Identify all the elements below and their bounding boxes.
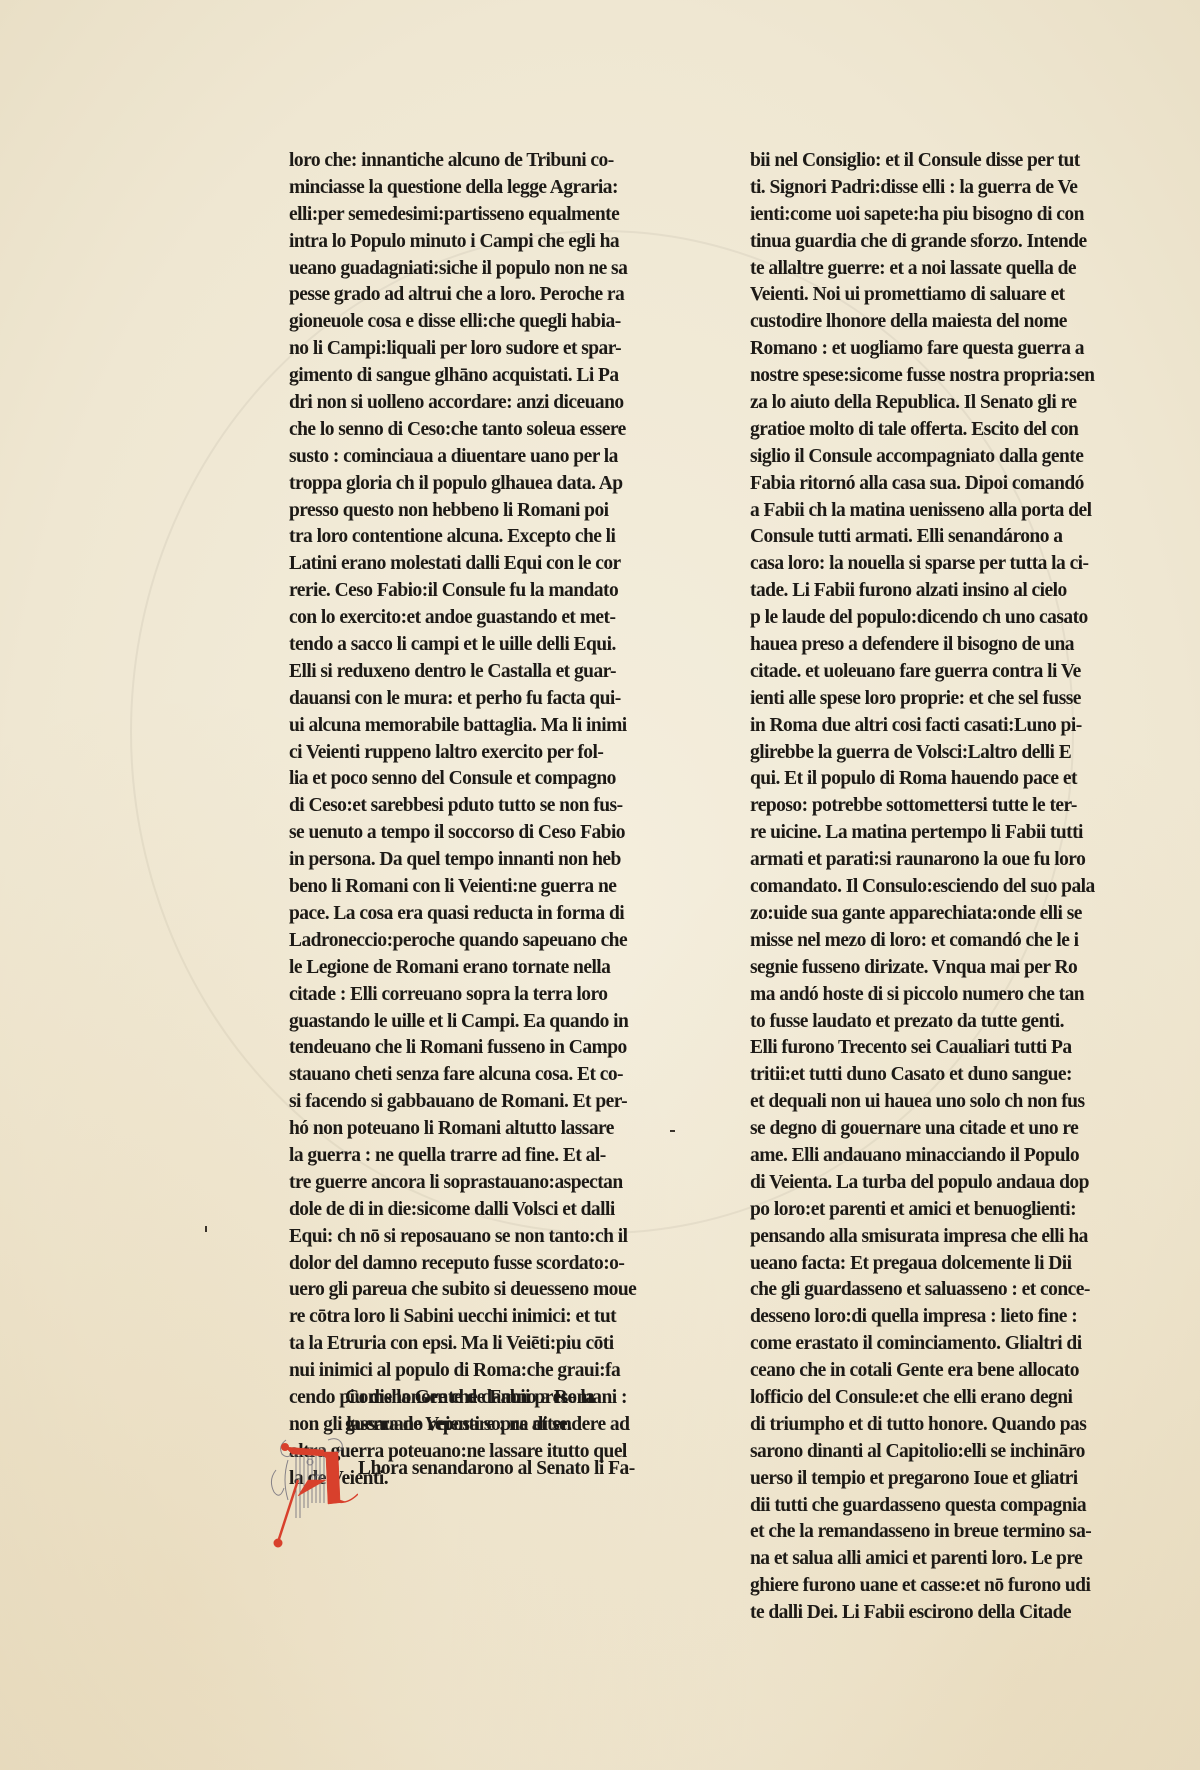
text-line: sarono dinanti al Capitolio:elli se inch…	[750, 1439, 1118, 1466]
text-line: te dalli Dei. Li Fabii escirono della Ci…	[750, 1600, 1118, 1627]
text-line: Elli furono Trecento sei Caualiari tutti…	[750, 1035, 1118, 1062]
text-line: tendo a sacco li campi et le uille delli…	[289, 632, 651, 659]
text-line: minciasse la questione della legge Agrar…	[289, 175, 651, 202]
section-heading-line: Come la Gente de Fabii prese la	[345, 1384, 595, 1411]
text-line: ienti alle spese loro proprie: et che se…	[750, 686, 1118, 713]
text-line: ame. Elli andauano minacciando il Populo	[750, 1143, 1118, 1170]
text-line: ma andó hoste di si piccolo numero che t…	[750, 982, 1118, 1009]
text-line: lia et poco senno del Consule et compagn…	[289, 766, 651, 793]
text-line: glirebbe la guerra de Volsci:Laltro dell…	[750, 740, 1118, 767]
text-line: no li Campi:liquali per loro sudore et s…	[289, 336, 651, 363]
text-line: ti. Signori Padri:disse elli : la guerra…	[750, 175, 1118, 202]
text-line: se uenuto a tempo il soccorso di Ceso Fa…	[289, 820, 651, 847]
text-line: pesse grado ad altrui che a loro. Peroch…	[289, 282, 651, 309]
text-line: elli:per semedesimi:partisseno equalment…	[289, 202, 651, 229]
text-line: casa loro: la nouella si sparse per tutt…	[750, 551, 1118, 578]
text-line: ceano che in cotali Gente era bene alloc…	[750, 1358, 1118, 1385]
text-line: bii nel Consiglio: et il Consule disse p…	[750, 148, 1118, 175]
section-heading-line: guerra de Veienti sopra di se.	[345, 1411, 595, 1438]
text-line: desseno loro:di quella impresa : lieto f…	[750, 1304, 1118, 1331]
text-line: to fusse laudato et prezato da tutte gen…	[750, 1009, 1118, 1036]
text-line: nostre spese:sicome fusse nostra propria…	[750, 363, 1118, 390]
text-line: reposo: potrebbe sottomettersi tutte le …	[750, 793, 1118, 820]
text-line: citade : Elli correuano sopra la terra l…	[289, 982, 651, 1009]
text-line: Equi: ch nō si reposauano se non tanto:c…	[289, 1224, 651, 1251]
text-line: re cōtra loro li Sabini uecchi inimici: …	[289, 1304, 651, 1331]
text-line: come erastato il cominciamento. Glialtri…	[750, 1331, 1118, 1358]
text-line: ienti:come uoi sapete:ha piu bisogno di …	[750, 202, 1118, 229]
text-line: beno li Romani con li Veienti:ne guerra …	[289, 874, 651, 901]
text-line: re uicine. La matina pertempo li Fabii t…	[750, 820, 1118, 847]
text-line: ci Veienti ruppeno laltro exercito per f…	[289, 740, 651, 767]
left-text-column: loro che: innantiche alcuno de Tribuni c…	[289, 148, 651, 1493]
text-line: Latini erano molestati dalli Equi con le…	[289, 551, 651, 578]
text-line: gimento di sangue glhāno acquistati. Li …	[289, 363, 651, 390]
stray-ink-mark	[670, 1130, 675, 1132]
text-line: ueano guadagniati:siche il populo non ne…	[289, 256, 651, 283]
text-line: presso questo non hebbeno li Romani poi	[289, 498, 651, 525]
text-line: in persona. Da quel tempo innanti non he…	[289, 847, 651, 874]
text-line: se degno di gouernare una citade et uno …	[750, 1116, 1118, 1143]
text-line: comandato. Il Consulo:esciendo del suo p…	[750, 874, 1118, 901]
right-text-column: bii nel Consiglio: et il Consule disse p…	[750, 148, 1118, 1627]
text-line: guastando le uille et li Campi. Ea quand…	[289, 1009, 651, 1036]
text-line: in Roma due altri cosi facti casati:Luno…	[750, 713, 1118, 740]
text-line: di Ceso:et sarebbesi pduto tutto se non …	[289, 793, 651, 820]
text-line: dolor del damno receputo fusse scordato:…	[289, 1251, 651, 1278]
text-line: tade. Li Fabii furono alzati insino al c…	[750, 578, 1118, 605]
text-line: Elli si reduxeno dentro le Castalla et g…	[289, 659, 651, 686]
text-line: di triumpho et di tutto honore. Quando p…	[750, 1412, 1118, 1439]
text-line: armati et parati:si raunarono la oue fu …	[750, 847, 1118, 874]
text-line: pensando alla smisurata impresa che elli…	[750, 1224, 1118, 1251]
text-line: dri non si uolleno accordare: anzi diceu…	[289, 390, 651, 417]
text-line: po loro:et parenti et amici et benuoglie…	[750, 1197, 1118, 1224]
red-initial-a-icon	[268, 1430, 358, 1550]
text-line: dii tutti che guardasseno questa compagn…	[750, 1493, 1118, 1520]
text-line: custodire lhonore della maiesta del nome	[750, 309, 1118, 336]
text-line: che gli guardasseno et saluasseno : et c…	[750, 1277, 1118, 1304]
stray-ink-mark	[205, 1226, 207, 1232]
text-line: troppa gloria ch il populo glhauea data.…	[289, 471, 651, 498]
text-line: tendeuano che li Romani fusseno in Campo	[289, 1035, 651, 1062]
text-line: Fabia ritornó alla casa sua. Dipoi coman…	[750, 471, 1118, 498]
text-line: ta la Etruria con epsi. Ma li Veiēti:piu…	[289, 1331, 651, 1358]
text-line: si facendo si gabbauano de Romani. Et pe…	[289, 1089, 651, 1116]
text-line: ghiere furono uane et casse:et nō furono…	[750, 1573, 1118, 1600]
text-line: tre guerre ancora li soprastauano:aspect…	[289, 1170, 651, 1197]
text-line: pace. La cosa era quasi reducta in forma…	[289, 901, 651, 928]
text-line: p le laude del populo:dicendo ch uno cas…	[750, 605, 1118, 632]
text-line: dole de di in die:sicome dalli Volsci et…	[289, 1197, 651, 1224]
text-line: rerie. Ceso Fabio:il Consule fu la manda…	[289, 578, 651, 605]
text-line: tra loro contentione alcuna. Excepto che…	[289, 524, 651, 551]
text-line: ui alcuna memorabile battaglia. Ma li in…	[289, 713, 651, 740]
section-heading: Come la Gente de Fabii prese la guerra d…	[345, 1384, 595, 1438]
text-line: Romano : et uogliamo fare questa guerra …	[750, 336, 1118, 363]
text-line: zo:uide sua gante apparechiata:onde elli…	[750, 901, 1118, 928]
text-line: na et salua alli amici et parenti loro. …	[750, 1546, 1118, 1573]
text-line: tritii:et tutti duno Casato et duno sang…	[750, 1062, 1118, 1089]
text-line: Veienti. Noi ui promettiamo di saluare e…	[750, 282, 1118, 309]
text-line: che lo senno di Ceso:che tanto soleua es…	[289, 417, 651, 444]
text-line: segnie fusseno dirizate. Vnqua mai per R…	[750, 955, 1118, 982]
text-line: uerso il tempio et pregarono Ioue et gli…	[750, 1466, 1118, 1493]
text-line: qui. Et il populo di Roma hauendo pace e…	[750, 766, 1118, 793]
text-line: lofficio del Consule:et che elli erano d…	[750, 1385, 1118, 1412]
text-line: za lo aiuto della Republica. Il Senato g…	[750, 390, 1118, 417]
text-line: uero gli pareua che subito si deuesseno …	[289, 1277, 651, 1304]
text-line: citade. et uoleuano fare guerra contra l…	[750, 659, 1118, 686]
text-line: a Fabii ch la matina uenisseno alla port…	[750, 498, 1118, 525]
text-line: nui inimici al populo di Roma:che graui:…	[289, 1358, 651, 1385]
text-line: loro che: innantiche alcuno de Tribuni c…	[289, 148, 651, 175]
text-line: stauano cheti senza fare alcuna cosa. Et…	[289, 1062, 651, 1089]
text-line: misse nel mezo di loro: et comandó che l…	[750, 928, 1118, 955]
text-line: gratioe molto di tale offerta. Escito de…	[750, 417, 1118, 444]
text-line: la guerra : ne quella trarre ad fine. Et…	[289, 1143, 651, 1170]
text-line: et dequali non ui hauea uno solo ch non …	[750, 1089, 1118, 1116]
text-line: ueano facta: Et pregaua dolcemente li Di…	[750, 1251, 1118, 1278]
text-line: siglio il Consule accompagniato dalla ge…	[750, 444, 1118, 471]
text-line: Consule tutti armati. Elli senandárono a	[750, 524, 1118, 551]
text-line: Ladroneccio:peroche quando sapeuano che	[289, 928, 651, 955]
text-line: gioneuole cosa e disse elli:che quegli h…	[289, 309, 651, 336]
text-line: te allaltre guerre: et a noi lassate que…	[750, 256, 1118, 283]
text-line: et che la remandasseno in breue termino …	[750, 1519, 1118, 1546]
section-first-line: Lhora senandarono al Senato li Fa-	[358, 1458, 635, 1480]
text-line: tinua guardia che di grande sforzo. Inte…	[750, 229, 1118, 256]
illuminated-initial	[268, 1430, 358, 1550]
text-line: susto : cominciaua a diuentare uano per …	[289, 444, 651, 471]
text-line: di Veienta. La turba del populo andaua d…	[750, 1170, 1118, 1197]
text-line: hauea preso a defendere il bisogno de un…	[750, 632, 1118, 659]
text-line: le Legione de Romani erano tornate nella	[289, 955, 651, 982]
text-line: con lo exercito:et andoe guastando et me…	[289, 605, 651, 632]
text-line: dauansi con le mura: et perho fu facta q…	[289, 686, 651, 713]
paper-page: loro che: innantiche alcuno de Tribuni c…	[0, 0, 1200, 1770]
text-line: hó non poteuano li Romani altutto lassar…	[289, 1116, 651, 1143]
text-line: intra lo Populo minuto i Campi che egli …	[289, 229, 651, 256]
